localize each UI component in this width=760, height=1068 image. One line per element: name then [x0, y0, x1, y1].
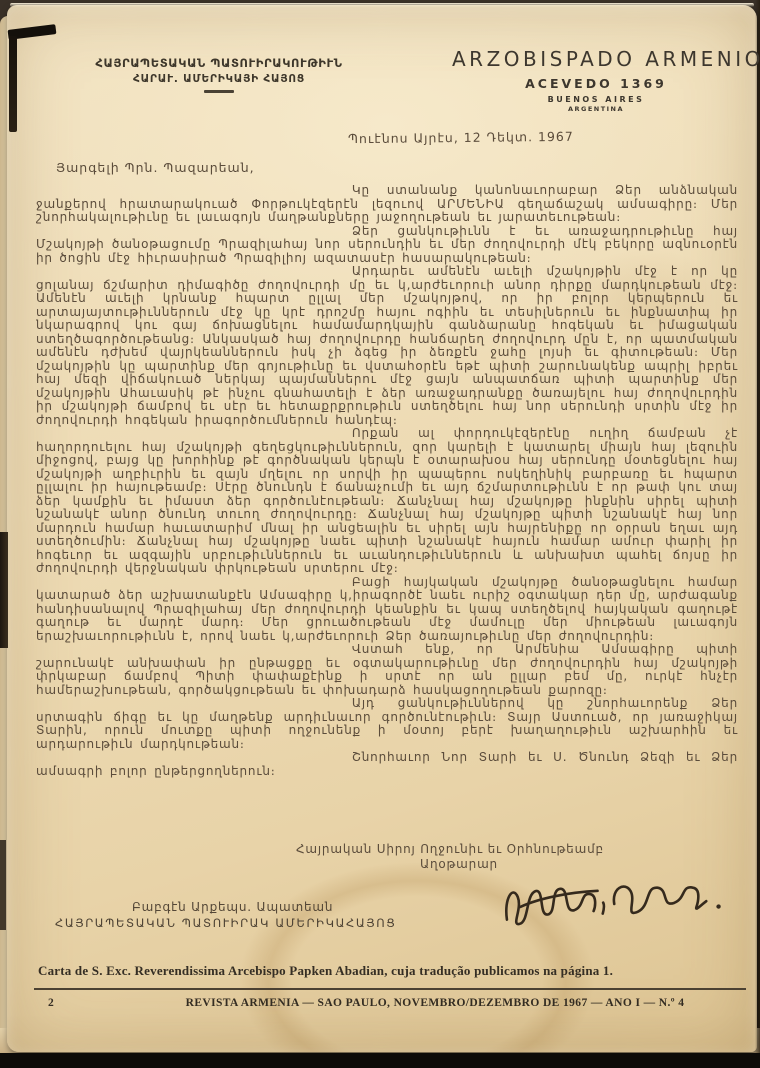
- letterhead-armenian-line1: ՀԱՅՐԱՊԵՏԱԿԱՆ ՊԱՏՈՒԻՐԱԿՈՒԹԻՒՆ: [58, 56, 380, 70]
- letter-date: Պուէնոս Այրէս, 12 Դեկտ. 1967: [348, 129, 574, 146]
- letter-paragraph: Շնորհաւոր Նոր Տարի եւ Ս. Ծնունդ Ձեզի եւ …: [36, 751, 738, 778]
- letterhead-underline: [204, 90, 234, 93]
- letter-paragraph: Վստահ ենք, որ Արմենիա Ամսագիրը պիտի շարո…: [36, 643, 738, 697]
- letter-paragraph: Բացի հայկական մշակոյթը ծանօթացնելու համա…: [36, 576, 738, 644]
- organization-name: ARZOBISPADO ARMENIO: [452, 47, 740, 71]
- signer-name: Բաբգէն Արքեպս. Ապատեան: [132, 900, 333, 914]
- letterhead-armenian: ՀԱՅՐԱՊԵՏԱԿԱՆ ՊԱՏՈՒԻՐԱԿՈՒԹԻՒՆ ՀԱՐԱՒ. ԱՄԵՐ…: [58, 56, 380, 93]
- letter-salutation: Յարգելի Պրն. Պազարեան,: [56, 160, 255, 175]
- letter-paragraph: Արդարեւ ամենէն աւելի մշակոյթին մէջ է որ …: [36, 265, 738, 427]
- binding-shadow-low: [0, 840, 6, 930]
- paper-right-edge-shadow: [755, 0, 760, 1068]
- letter-closing-word: Աղօթարար: [420, 857, 498, 871]
- printed-caption: Carta de S. Exc. Reverendissima Arcebisp…: [38, 963, 738, 979]
- binding-shadow-mid: [0, 532, 8, 648]
- journal-footer-line: REVISTA ARMENIA — SAO PAULO, NOVEMBRO/DE…: [130, 997, 740, 1009]
- country-label: ARGENTINA: [452, 105, 740, 113]
- footer-rule: [34, 988, 746, 990]
- letter-body: Կը ստանանք կանոնաւորաբար Ձեր անձնական ջա…: [36, 184, 738, 812]
- letter-paragraph: Ձեր ցանկութիւնն է եւ առաջադրութիւնը հայ …: [36, 225, 738, 266]
- page-number: 2: [48, 997, 54, 1009]
- signer-title: ՀԱՅՐԱՊԵՏԱԿԱՆ ՊԱՏՈՒԻՐԱԿ ԱՄԵՐԻԿԱՀԱՅՈՑ: [55, 916, 396, 930]
- letter-paragraph: Որքան ալ փորդուկէզերէնը ուղիղ ճամբան չէ …: [36, 427, 738, 576]
- handwritten-signature: [496, 852, 732, 946]
- binding-mark-left: [9, 36, 17, 132]
- letter-paragraph: Կը ստանանք կանոնաւորաբար Ձեր անձնական ջա…: [36, 184, 738, 225]
- letter-paragraph: Այդ ցանկութիւններով կը շնորհաւորենք Ձեր …: [36, 697, 738, 751]
- scan-bottom-band: [0, 1053, 760, 1068]
- street-address: ACEVEDO 1369: [452, 76, 740, 91]
- city-label: BUENOS AIRES: [452, 95, 740, 104]
- letter-closing-line: Հայրական Սիրոյ Ողջունիւ եւ Օրհնութեամբ: [296, 842, 604, 856]
- letterhead-spanish: ARZOBISPADO ARMENIO ACEVEDO 1369 BUENOS …: [452, 47, 740, 113]
- paper-top-highlight: [10, 3, 754, 7]
- letterhead-armenian-line2: ՀԱՐԱՒ. ԱՄԵՐԻԿԱՅԻ ՀԱՅՈՑ: [58, 73, 380, 85]
- scanned-letter-page: ՀԱՅՐԱՊԵՏԱԿԱՆ ՊԱՏՈՒԻՐԱԿՈՒԹԻՒՆ ՀԱՐԱՒ. ԱՄԵՐ…: [0, 0, 760, 1068]
